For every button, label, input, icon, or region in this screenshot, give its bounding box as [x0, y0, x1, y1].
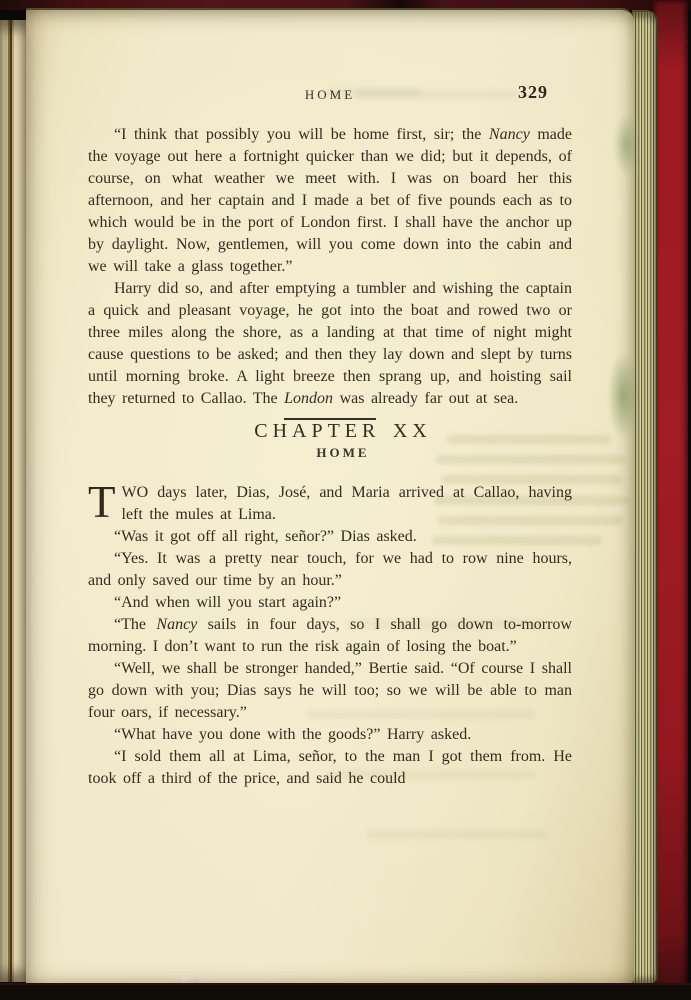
paragraph: “The Nancy sails in four days, so I shal…	[88, 614, 572, 658]
show-through-smudge	[366, 830, 546, 839]
drop-cap: T	[88, 482, 122, 520]
ink-stain	[608, 352, 638, 440]
binding-gutter	[0, 20, 26, 982]
page-number: 329	[518, 81, 548, 103]
paragraph: “And when will you start again?”	[88, 592, 572, 614]
paragraph: “Was it got off all right, señor?” Dias …	[88, 526, 572, 548]
paragraph: “What have you done with the goods?” Har…	[88, 724, 572, 746]
ship-name: Nancy	[489, 126, 530, 143]
ink-stain	[614, 114, 638, 176]
ship-name: Nancy	[156, 616, 197, 633]
chapter-heading: CHAPTER XX	[88, 420, 572, 442]
paragraph: “I sold them all at Lima, señor, to the …	[88, 746, 572, 790]
book-cover-bottom-edge	[0, 983, 691, 1000]
chapter-subtitle: HOME	[88, 442, 572, 464]
paragraph: Harry did so, and after emptying a tumbl…	[88, 278, 572, 410]
running-title: HOME	[88, 84, 572, 106]
ship-name: London	[284, 390, 333, 407]
paragraph: “Yes. It was a pretty near touch, for we…	[88, 548, 572, 592]
text-block: HOME 329 “I think that possibly you will…	[88, 84, 572, 790]
book-scan: HOME 329 “I think that possibly you will…	[0, 0, 691, 1000]
running-head: HOME 329	[88, 84, 572, 104]
paragraph: “I think that possibly you will be home …	[88, 124, 572, 278]
book-page: HOME 329 “I think that possibly you will…	[26, 8, 634, 986]
paragraph: “Well, we shall be stronger handed,” Ber…	[88, 658, 572, 724]
paragraph-dropcap: TWO days later, Dias, José, and Maria ar…	[88, 482, 572, 526]
